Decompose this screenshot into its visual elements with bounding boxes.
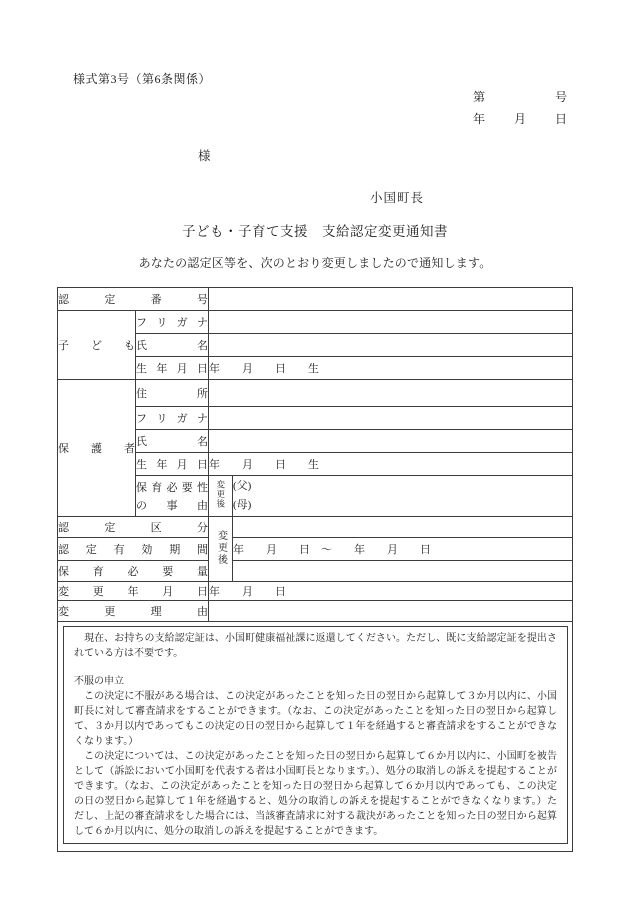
document-title: 子ども・子育て支援 支給認定変更通知書 <box>0 220 630 240</box>
child-furigana-value <box>209 311 573 334</box>
addressee-suffix: 様 <box>198 146 211 164</box>
date-day-label: 日 <box>555 110 567 127</box>
child-birthdate-label: 生年月日 <box>136 357 209 380</box>
change-date-label: 変更年月日 <box>58 582 209 601</box>
guardian-group-label: 保護者 <box>58 380 136 517</box>
notes-box: 現在、お持ちの支給認定証は、小国町健康福祉課に返還してください。ただし、既に支給… <box>63 626 568 844</box>
appeal-paragraph-1: この決定に不服がある場合は、この決定があったことを知った日の翌日から起算して３か… <box>74 689 557 749</box>
notification-form-table: 認定番号 子ども フリガナ 氏名 生年月日 年 月 日 生 保護者 住所 フリガ… <box>57 287 573 852</box>
row-child-furigana: 子ども フリガナ <box>58 311 573 334</box>
row-change-date: 変更年月日 年 月 日 <box>58 582 573 601</box>
row-cert-period: 認定有効期間 年 月 日 ～ 年 月 日 <box>58 538 573 561</box>
care-reason-label: 保育必要性 の事由 <box>136 476 209 517</box>
guardian-address-label: 住所 <box>136 380 209 407</box>
doc-number-line: 第 号 <box>473 85 567 107</box>
guardian-birthdate-label: 生年月日 <box>136 453 209 476</box>
row-guardian-address: 保護者 住所 <box>58 380 573 407</box>
care-reason-mother: (母) <box>233 496 572 515</box>
sender-name: 小国町長 <box>370 188 424 206</box>
care-reason-after-change-label: 変更後 <box>209 476 233 517</box>
cert-number-value <box>209 288 573 311</box>
row-care-amount: 保育必要量 <box>58 561 573 582</box>
row-cert-number: 認定番号 <box>58 288 573 311</box>
cert-category-label: 認定区分 <box>58 517 209 538</box>
return-certificate-note: 現在、お持ちの支給認定証は、小国町健康福祉課に返還してください。ただし、既に支給… <box>74 631 557 661</box>
lead-sentence: あなたの認定区等を、次のとおり変更しましたので通知します。 <box>0 254 630 271</box>
care-amount-value <box>233 561 573 582</box>
change-reason-label: 変更理由 <box>58 601 209 622</box>
date-month-label: 月 <box>514 110 526 127</box>
cert-period-label: 認定有効期間 <box>58 538 209 561</box>
child-name-label: 氏名 <box>136 334 209 357</box>
child-furigana-label: フリガナ <box>136 311 209 334</box>
doc-number-suffix: 号 <box>555 88 567 105</box>
date-line: 年 月 日 <box>473 107 567 129</box>
guardian-name-value <box>209 430 573 453</box>
date-year-label: 年 <box>473 110 485 127</box>
doc-number-and-date-block: 第 号 年 月 日 <box>473 85 567 129</box>
notes-cell: 現在、お持ちの支給認定証は、小国町健康福祉課に返還してください。ただし、既に支給… <box>58 622 573 852</box>
change-reason-value <box>209 601 573 622</box>
appeal-paragraph-2: この決定については、この決定があったことを知った日の翌日から起算して６か月以内に… <box>74 749 557 839</box>
appeal-heading: 不服の申立 <box>74 674 557 689</box>
row-notes: 現在、お持ちの支給認定証は、小国町健康福祉課に返還してください。ただし、既に支給… <box>58 622 573 852</box>
guardian-name-label: 氏名 <box>136 430 209 453</box>
cert-number-label: 認定番号 <box>58 288 209 311</box>
care-reason-father: (父) <box>233 477 572 496</box>
form-number-label: 様式第3号（第6条関係） <box>73 70 211 87</box>
guardian-furigana-label: フリガナ <box>136 407 209 430</box>
care-reason-value: (父) (母) <box>233 476 573 517</box>
guardian-birthdate-value: 年 月 日 生 <box>209 453 573 476</box>
doc-number-prefix: 第 <box>473 88 485 105</box>
child-name-value <box>209 334 573 357</box>
guardian-furigana-value <box>209 407 573 430</box>
after-change-label: 変更後 <box>209 517 233 582</box>
row-child-birthdate: 生年月日 年 月 日 生 <box>58 357 573 380</box>
child-group-label: 子ども <box>58 311 136 380</box>
row-guardian-furigana: フリガナ <box>58 407 573 430</box>
row-cert-category: 認定区分 変更後 <box>58 517 573 538</box>
cert-period-value: 年 月 日 ～ 年 月 日 <box>233 538 573 561</box>
guardian-address-value <box>209 380 573 407</box>
row-change-reason: 変更理由 <box>58 601 573 622</box>
row-care-reason: 保育必要性 の事由 変更後 (父) (母) <box>58 476 573 517</box>
child-birthdate-value: 年 月 日 生 <box>209 357 573 380</box>
cert-category-value <box>233 517 573 538</box>
care-amount-label: 保育必要量 <box>58 561 209 582</box>
change-date-value: 年 月 日 <box>209 582 573 601</box>
